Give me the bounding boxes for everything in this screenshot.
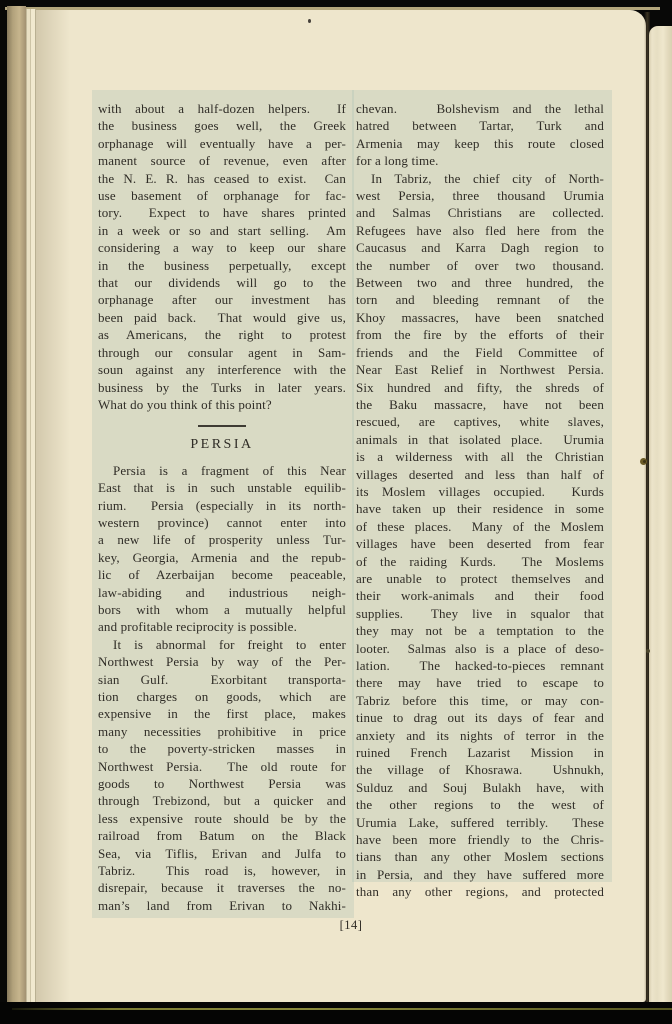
text-line: of the raiding Kurds. The Moslems [356,553,604,570]
text-line: through Trebizond, but a quicker and [98,792,346,809]
text-line: Tabriz before this time, or may con- [356,692,604,709]
text-line: from the fire by the efforts of their [356,326,604,343]
text-line: expensive in the first place, makes [98,705,346,722]
text-line: torn and bleeding remnant of the [356,291,604,308]
text-line: rium. Persia (especially in its north- [98,497,346,514]
text-line: as Americans, the right to protest [98,326,346,343]
text-line: to the poverty-stricken masses in [98,740,346,757]
text-line: in Persia, and they have suffered more [356,866,604,883]
text-line: villages have been deserted from fear [356,535,604,552]
text-line: the other regions to the west of [356,796,604,813]
text-line: supplies. They live in squalor that [356,605,604,622]
text-line: Armenia may keep this route closed [356,135,604,152]
text-line: railroad from Batum on the Black [98,827,346,844]
text-line: for a long time. [356,152,604,169]
text-line: lation. The hacked-to-pieces remnant [356,657,604,674]
text-line: tinue to drag out its days of fear and [356,709,604,726]
text-line: its Moslem villages occupied. Kurds [356,483,604,500]
text-line: Northwest Persia. The old route for [98,758,346,775]
text-line: a new life of prosperity unless Tur- [98,531,346,548]
text-line: Urumia Lake, suffered terribly. These [356,814,604,831]
text-line: Sea, via Tiflis, Erivan and Julfa to [98,845,346,862]
section-divider [198,425,246,427]
text-line: Caucasus and Karra Dagh region to [356,239,604,256]
text-line: looter. Salmas also is a place of deso- [356,640,604,657]
text-line: tion charges on goods, which are [98,688,346,705]
text-line: the business goes well, the Greek [98,117,346,134]
right-column: chevan. Bolshevism and the lethalhatred … [356,100,604,901]
text-line: are unable to protect themselves and [356,570,604,587]
scan-speck [308,19,311,23]
text-line: sian Gulf. Exorbitant transporta- [98,671,346,688]
scan-speck [646,649,650,653]
gutter-shadow [36,10,70,1002]
text-line: It is abnormal for freight to enter [98,636,346,653]
text-line: Persia is a fragment of this Near [98,462,346,479]
text-line: What do you think of this point? [98,396,346,413]
text-line: disrepair, because it traverses the no- [98,879,346,896]
text-line: and Salmas Christians are collected. [356,204,604,221]
text-line: the number of over two thousand. [356,257,604,274]
page-edge-stack [26,9,36,1007]
text-line: Northwest Persia by way of the Per- [98,653,346,670]
text-line: hatred between Tartar, Turk and [356,117,604,134]
paragraph-continuation: with about a half-dozen helpers. Ifthe b… [98,100,346,413]
paragraph-continuation: chevan. Bolshevism and the lethalhatred … [356,100,604,170]
text-line: key, Georgia, Armenia and the repub- [98,549,346,566]
text-line: law-abiding and industrious neigh- [98,584,346,601]
text-line: Tabriz. This road is, however, in [98,862,346,879]
text-line: there may have tried to escape to [356,674,604,691]
paragraph: It is abnormal for freight to enterNorth… [98,636,346,915]
text-line: have taken up their residence in some [356,500,604,517]
text-line: animals in that isolated place. Urumia [356,431,604,448]
scan-background-bottom [0,1002,672,1024]
scan-speck [643,460,646,463]
text-line: man’s land from Erivan to Nakhi- [98,897,346,914]
text-line: business by the Turks in later years. [98,379,346,396]
text-line: Six hundred and fifty, the shreds of [356,379,604,396]
section-heading: PERSIA [98,436,346,453]
text-line: considering a way to keep our share [98,239,346,256]
text-line: and profitable reciprocity is possible. [98,618,346,635]
text-line: East that is in such unstable equilib- [98,479,346,496]
paragraph: Persia is a fragment of this NearEast th… [98,462,346,636]
text-line: goods to Northwest Persia was [98,775,346,792]
facing-page-edge [649,26,672,1002]
text-line: orphanage will eventually have a per- [98,135,346,152]
left-column: with about a half-dozen helpers. Ifthe b… [98,100,346,914]
text-line: friends and the Field Committee of [356,344,604,361]
text-line: Between two and three hundred, the [356,274,604,291]
book-spine [7,6,26,1010]
text-line: Refugees have also fled here from the [356,222,604,239]
text-line: In Tabriz, the chief city of North- [356,170,604,187]
text-line: many necessities prohibitive in price [98,723,346,740]
text-line: anxiety and its nights of terror in the [356,727,604,744]
text-line: been paid back. That would give us, [98,309,346,326]
text-line: in a week or so and start selling. Am [98,222,346,239]
text-line: bors with whom a mutually helpful [98,601,346,618]
text-line: use basement of orphanage for fac- [98,187,346,204]
text-line: with about a half-dozen helpers. If [98,100,346,117]
text-line: that our dividends will go to the [98,274,346,291]
page-number: [14] [98,918,604,933]
text-line: in the business perpetually, except [98,257,346,274]
text-line: than any other regions, and protected [356,883,604,900]
text-line: the Baku massacre, have not been [356,396,604,413]
text-line: west Persia, three thousand Urumia [356,187,604,204]
text-line: Near East Relief in Northwest Persia. [356,361,604,378]
text-line: tians than any other Moslem sections [356,848,604,865]
text-line: soun against any interference with the [98,361,346,378]
text-line: tory. Expect to have shares printed [98,204,346,221]
scanned-book-photo: with about a half-dozen helpers. Ifthe b… [0,0,672,1024]
text-line: have been more friendly to the Chris- [356,831,604,848]
text-line: western province) cannot enter into [98,514,346,531]
text-line: less expensive route should be by the [98,810,346,827]
paragraph: In Tabriz, the chief city of North-west … [356,170,604,901]
text-line: their work-animals and their food [356,587,604,604]
text-line: chevan. Bolshevism and the lethal [356,100,604,117]
book-page: with about a half-dozen helpers. Ifthe b… [36,10,646,1002]
text-line: of these places. Many of the Moslem [356,518,604,535]
text-line: rescued, are captives, white slaves, [356,413,604,430]
text-line: Khoy massacres, have been snatched [356,309,604,326]
text-line: through our consular agent in Sam- [98,344,346,361]
text-line: the N. E. R. has ceased to exist. Can [98,170,346,187]
text-line: is a wilderness with all the Christian [356,448,604,465]
text-line: they may not be a temptation to the [356,622,604,639]
text-line: villages deserted and less than half of [356,466,604,483]
text-line: manent source of revenue, even after [98,152,346,169]
text-line: Sulduz and Souj Bulakh have, with [356,779,604,796]
book-cover-edge-line [12,1008,672,1010]
text-line: the village of Khosrawa. Ushnukh, [356,761,604,778]
text-line: orphanage after our investment has [98,291,346,308]
text-line: lic of Azerbaijan become peaceable, [98,566,346,583]
text-line: ruined French Lazarist Mission in [356,744,604,761]
